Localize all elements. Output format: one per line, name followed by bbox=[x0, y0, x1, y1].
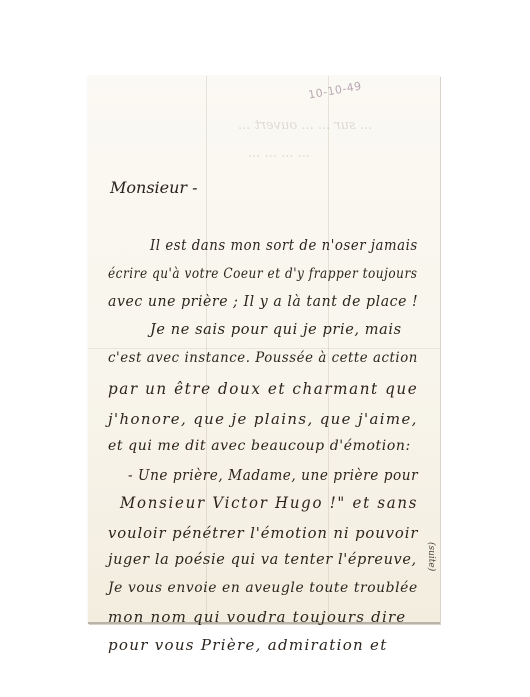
letter-line: j'honore, que je plains, que j'aime, bbox=[108, 410, 418, 428]
letter-line: mon nom qui voudra toujours dire bbox=[108, 608, 406, 626]
letter-line: écrire qu'à votre Coeur et d'y frapper t… bbox=[108, 266, 417, 282]
letter-line: pour vous Prière, admiration et bbox=[108, 636, 388, 654]
bleed-through-text: ... sur ... ... ouvert ... bbox=[238, 118, 372, 133]
letter-line: par un être doux et charmant que bbox=[108, 380, 418, 398]
letter-line: et qui me dit avec beaucoup d'émotion: bbox=[108, 438, 411, 454]
letter-line: vouloir pénétrer l'émotion ni pouvoir bbox=[108, 524, 418, 542]
letter-line: c'est avec instance. Poussée à cette act… bbox=[108, 350, 418, 366]
margin-note: (suite) bbox=[426, 542, 436, 571]
salutation: Monsieur - bbox=[110, 178, 198, 197]
fold-line-horizontal bbox=[88, 348, 440, 349]
letter-line: Je vous envoie en aveugle toute troublée bbox=[108, 580, 418, 596]
letter-line: avec une prière ; Il y a là tant de plac… bbox=[108, 294, 418, 310]
letter-line: Je ne sais pour qui je prie, mais bbox=[150, 322, 402, 338]
letter-line: Il est dans mon sort de n'oser jamais bbox=[150, 238, 418, 254]
pencil-annotation: 10-10-49 bbox=[307, 79, 362, 101]
bleed-through-text: ... ... ... ... bbox=[248, 146, 310, 161]
letter-sheet: 10-10-49 ... sur ... ... ouvert ... ... … bbox=[88, 76, 440, 624]
letter-line: - Une prière, Madame, une prière pour bbox=[128, 466, 418, 484]
letter-line: Monsieur Victor Hugo !" et sans bbox=[120, 494, 418, 512]
letter-line: juger la poésie qui va tenter l'épreuve, bbox=[108, 552, 417, 568]
